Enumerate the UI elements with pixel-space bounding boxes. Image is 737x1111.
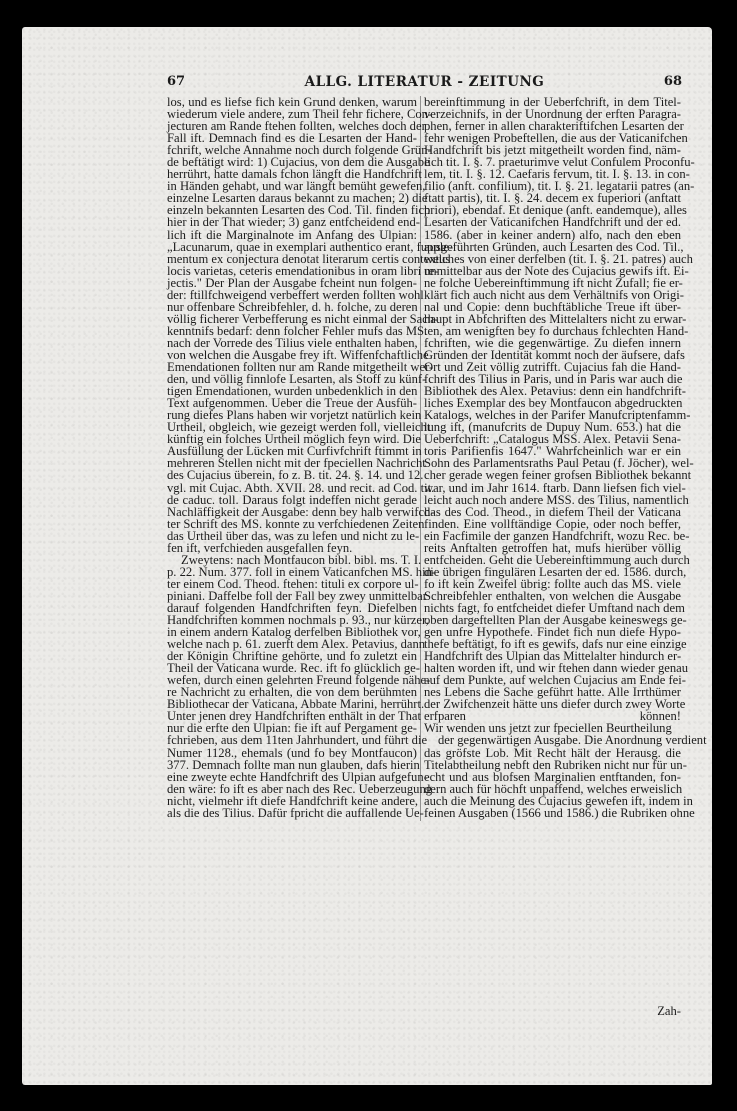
text-line: welches von einer derfelben (tit. I. §. … — [424, 253, 681, 265]
text-line: war, und im Jahr 1614. ftarb. Dann liefs… — [424, 482, 681, 494]
text-line: als die des Tilius. Dafür fpricht die au… — [167, 807, 417, 819]
text-line: der gegenwärtigen Ausgabe. Die Anordnung… — [424, 734, 681, 746]
text-line: fchrieben, aus dem 11ten Jahrhundert, un… — [167, 734, 417, 746]
page-number-right: 68 — [664, 74, 682, 89]
text-line: der: ftillfchweigend verbeffert werden f… — [167, 289, 417, 301]
text-line: Lesarten der Vaticanifchen Handfchrift u… — [424, 216, 681, 228]
text-line: 377. Demnach follte man nun glauben, daf… — [167, 759, 417, 771]
text-line: das gröfste Lob. Mit Recht hält der Hera… — [424, 747, 681, 759]
text-line: vgl. mit Cujac. Abth. XVII. 28. und reci… — [167, 482, 417, 494]
text-line: Nachläffigkeit der Ausgabe: denn bey hal… — [167, 506, 417, 518]
text-line: feinen Ausgaben (1566 und 1586.) die Rub… — [424, 807, 681, 819]
text-line: eine zweyte echte Handfchrift des Ulpian… — [167, 771, 417, 783]
text-line: Titelabtheilung nebft den Rubriken nicht… — [424, 759, 681, 771]
text-line: fen ift, verfchieden ausgefallen feyn. — [167, 542, 417, 554]
text-line: nicht, vielmehr ift diefe Handfchrift ke… — [167, 795, 417, 807]
text-line: echt und aus blofsen Marginalien entftan… — [424, 771, 681, 783]
text-line: jectis." Der Plan der Ausgabe fcheint nu… — [167, 277, 417, 289]
text-line: ein Facfimile der ganzen Handfchrift, wo… — [424, 530, 681, 542]
text-line: auch die Meinung des Cujacius gewefen if… — [424, 795, 681, 807]
running-header: 67 ALLG. LITERATUR - ZEITUNG 68 — [167, 74, 682, 92]
text-line: lich ift die Marginalnote im Anfang des … — [167, 229, 417, 241]
text-line: ter Schrift des MS. konnte zu verfchiede… — [167, 518, 417, 530]
left-column: los, und es liefse fich kein Grund denke… — [167, 96, 417, 819]
text-line: den wäre: fo ift es aber nach des Rec. U… — [167, 783, 417, 795]
text-line: mentum ex conjectura denotat literarum c… — [167, 253, 417, 265]
text-line: des Cujacius überein, fo z. B. tit. 24. … — [167, 469, 417, 481]
text-line: ne folche Uebereinftimmung ift nicht Zuf… — [424, 277, 681, 289]
text-line: klärt fich auch nicht aus dem Verhältnif… — [424, 289, 681, 301]
text-line: reits Anftalten getroffen hat, mufs hier… — [424, 542, 681, 554]
right-column: bereinftimmung in der Ueberfchrift, in d… — [424, 96, 681, 819]
text-line: 1586. (aber in keiner andern) alfo, nach… — [424, 229, 681, 241]
journal-title: ALLG. LITERATUR - ZEITUNG — [167, 74, 682, 90]
text-line: „Lacunarum, quae in exemplari authentico… — [167, 241, 417, 253]
text-line: dern auch für höchft unpaffend, welches … — [424, 783, 681, 795]
text-line: das Urtheil über das, was zu lefen und n… — [167, 530, 417, 542]
text-line: das des Cod. Theod., in diefem Theil der… — [424, 506, 681, 518]
text-line: hier in der That wieder; 3) ganz entfche… — [167, 216, 417, 228]
text-line: locis varietas, ceteris emendationibus i… — [167, 265, 417, 277]
text-line: Numer 1128., ehemals (und fo bey Montfau… — [167, 747, 417, 759]
text-line: de caduc. toll. Daraus folgt indeffen ni… — [167, 494, 417, 506]
text-line: finden. Eine vollftändige Copie, oder no… — [424, 518, 681, 530]
text-line: unmittelbar aus der Note des Cujacius ge… — [424, 265, 681, 277]
text-line: leicht auch noch andere MSS. des Tilius,… — [424, 494, 681, 506]
text-line: ausgeführten Gründen, auch Lesarten des … — [424, 241, 681, 253]
catchword: Zah- — [424, 1005, 681, 1017]
text-line: cher gerade wegen feiner grofsen Bibliot… — [424, 469, 681, 481]
